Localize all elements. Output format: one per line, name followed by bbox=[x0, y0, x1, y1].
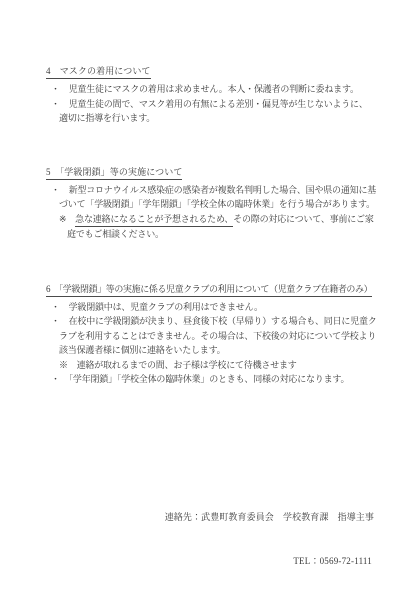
document-line: 該当保護者様に個別に連絡をいたします。 bbox=[46, 343, 374, 357]
document-line: 庭でもご相談ください。 bbox=[46, 227, 374, 241]
line-text: づいて「学級閉鎖」「学年閉鎖」「学校全体の臨時休業」を行う場合があります。 bbox=[59, 199, 375, 209]
line-text: ※ bbox=[59, 214, 75, 224]
document-line: ・ 学級閉鎖中は、児童クラブの利用はできません。 bbox=[46, 300, 374, 314]
line-text: その際の対応について、事前にご家 bbox=[233, 214, 373, 224]
contact-line: 連絡先：武豊町教育委員会 学校教育課 指導主事 bbox=[46, 510, 374, 524]
underlined-text: 急な連絡になることが予想されるため、 bbox=[75, 212, 233, 227]
section-heading-text: 5 「学級閉鎖」等の実施について bbox=[46, 165, 182, 180]
section-4-heading: 4 マスクの着用について bbox=[46, 64, 374, 79]
document-line: ・ 児童生徒の間で、マスク着用の有無による差別・偏見等が生じないように、 bbox=[46, 97, 374, 111]
document-line: ・ 新型コロナウイルス感染症の感染者が複数名判明した場合、国や県の通知に基 bbox=[46, 183, 374, 197]
line-text: ・ 児童生徒にマスクの着用は求めません。本人・保護者の判断に委ねます。 bbox=[51, 84, 359, 94]
section-5: 5 「学級閉鎖」等の実施について・ 新型コロナウイルス感染症の感染者が複数名判明… bbox=[46, 165, 374, 242]
line-text: ※ 連絡が取れるまでの間、お子様は学校にて待機させます bbox=[59, 360, 297, 370]
section-heading-text: 6 「学級閉鎖」等の実施に係る児童クラブの利用について（児童クラブ在籍者のみ） bbox=[46, 282, 372, 297]
line-text: ・ 学級閉鎖中は、児童クラブの利用はできません。 bbox=[51, 302, 263, 312]
line-text: 該当保護者様に個別に連絡をいたします。 bbox=[59, 345, 225, 355]
line-text: ・ 在校中に学級閉鎖が決まり、昼食後下校（早帰り）する場合も、同日に児童ク bbox=[51, 316, 377, 326]
line-text: ・ 新型コロナウイルス感染症の感染者が複数名判明した場合、国や県の通知に基 bbox=[51, 185, 376, 195]
document-line: 適切に指導を行います。 bbox=[46, 111, 374, 125]
line-text: ・ 児童生徒の間で、マスク着用の有無による差別・偏見等が生じないように、 bbox=[51, 99, 368, 109]
document-line: づいて「学級閉鎖」「学年閉鎖」「学校全体の臨時休業」を行う場合があります。 bbox=[46, 197, 374, 211]
contact-tel: TEL：0569-72-1111 bbox=[46, 554, 374, 568]
line-text: 適切に指導を行います。 bbox=[59, 113, 155, 123]
document-line: ・ 「学年閉鎖」「学校全体の臨時休業」のときも、同様の対応になります。 bbox=[46, 372, 374, 386]
line-text: ラブを利用することはできません。その場合は、下校後の対応について学校より bbox=[59, 331, 376, 341]
section-5-heading: 5 「学級閉鎖」等の実施について bbox=[46, 165, 374, 180]
section-heading-text: 4 マスクの着用について bbox=[46, 64, 151, 79]
section-6: 6 「学級閉鎖」等の実施に係る児童クラブの利用について（児童クラブ在籍者のみ）・… bbox=[46, 282, 374, 387]
section-4: 4 マスクの着用について・ 児童生徒にマスクの着用は求めません。本人・保護者の判… bbox=[46, 64, 374, 126]
document-page: 4 マスクの着用について・ 児童生徒にマスクの着用は求めません。本人・保護者の判… bbox=[0, 0, 420, 594]
document-line: ※ 連絡が取れるまでの間、お子様は学校にて待機させます bbox=[46, 358, 374, 372]
document-line: ・ 児童生徒にマスクの着用は求めません。本人・保護者の判断に委ねます。 bbox=[46, 82, 374, 96]
line-text: 庭でもご相談ください。 bbox=[67, 229, 164, 239]
section-6-heading: 6 「学級閉鎖」等の実施に係る児童クラブの利用について（児童クラブ在籍者のみ） bbox=[46, 282, 374, 297]
document-line: ラブを利用することはできません。その場合は、下校後の対応について学校より bbox=[46, 329, 374, 343]
document-line: ・ 在校中に学級閉鎖が決まり、昼食後下校（早帰り）する場合も、同日に児童ク bbox=[46, 314, 374, 328]
line-text: ・ 「学年閉鎖」「学校全体の臨時休業」のときも、同様の対応になります。 bbox=[51, 374, 349, 384]
contact-block: 連絡先：武豊町教育委員会 学校教育課 指導主事 TEL：0569-72-1111 bbox=[46, 482, 374, 594]
document-line: ※ 急な連絡になることが予想されるため、その際の対応について、事前にご家 bbox=[46, 212, 374, 227]
document-body: 4 マスクの着用について・ 児童生徒にマスクの着用は求めません。本人・保護者の判… bbox=[46, 64, 374, 387]
